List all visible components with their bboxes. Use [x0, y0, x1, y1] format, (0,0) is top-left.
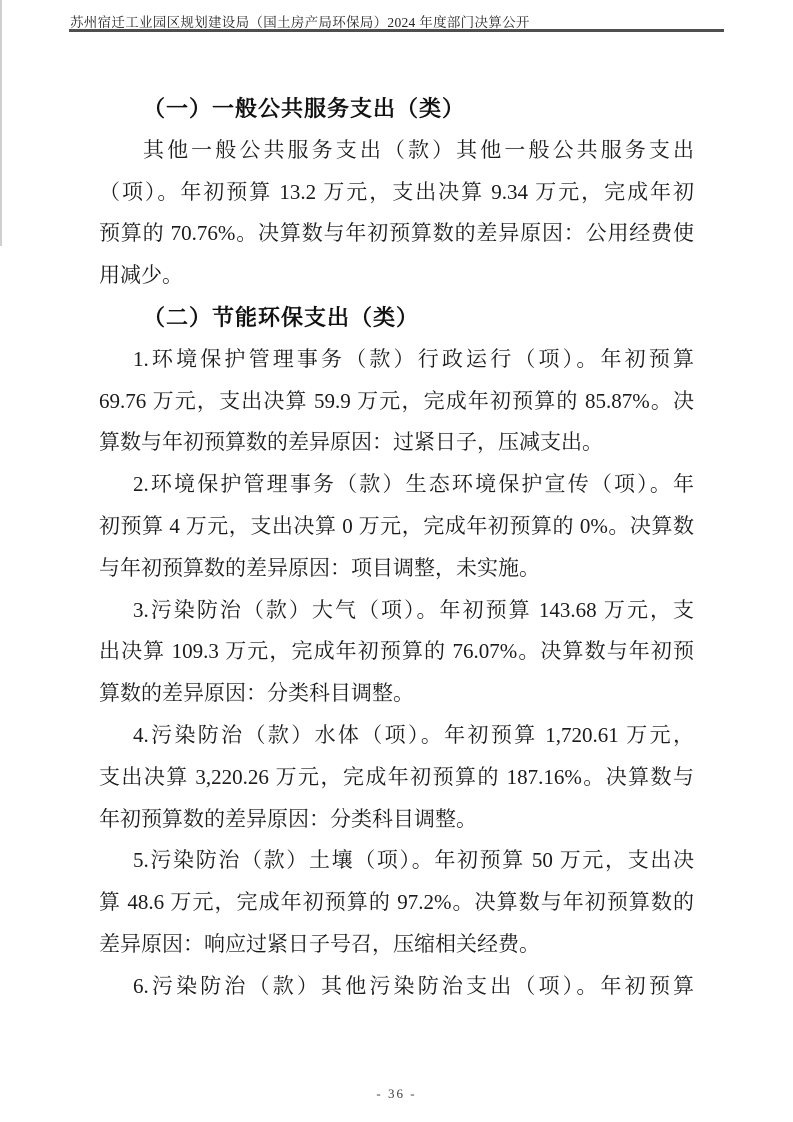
document-body: （一）一般公共服务支出（类） 其他一般公共服务支出（款）其他一般公共服务支出 （… — [99, 88, 694, 1008]
text-line: 69.76 万元，支出决算 59.9 万元，完成年初预算的 85.87%。决 — [99, 381, 694, 423]
text-line: 算数的差异原因：分类科目调整。 — [99, 673, 694, 715]
text-line: 支出决算 3,220.26 万元，完成年初预算的 187.16%。决算数与 — [99, 757, 694, 799]
text-line: 6.污染防治（款）其他污染防治支出（项）。年初预算 — [99, 966, 694, 1008]
text-line: 2.环境保护管理事务（款）生态环境保护宣传（项）。年 — [99, 464, 694, 506]
running-header-title: 苏州宿迁工业园区规划建设局（国土房产局环保局）2024 年度部门决算公开 — [70, 11, 725, 31]
page-number: - 36 - — [0, 1086, 793, 1102]
text-line: 用减少。 — [99, 255, 694, 297]
text-line: （项）。年初预算 13.2 万元，支出决算 9.34 万元，完成年初 — [99, 172, 694, 214]
text-line: 与年初预算数的差异原因：项目调整，未实施。 — [99, 548, 694, 590]
section-heading-2: （二）节能环保支出（类） — [99, 297, 694, 339]
text-line: 出决算 109.3 万元，完成年初预算的 76.07%。决算数与年初预 — [99, 631, 694, 673]
text-line: 1.环境保护管理事务（款）行政运行（项）。年初预算 — [99, 339, 694, 381]
text-line: 年初预算数的差异原因：分类科目调整。 — [99, 799, 694, 841]
text-line: 其他一般公共服务支出（款）其他一般公共服务支出 — [99, 130, 694, 172]
text-line: 4.污染防治（款）水体（项）。年初预算 1,720.61 万元， — [99, 715, 694, 757]
header-rule — [69, 29, 724, 32]
text-line: 差异原因：响应过紧日子号召，压缩相关经费。 — [99, 924, 694, 966]
scan-artifact-line — [0, 0, 2, 246]
document-page: 苏州宿迁工业园区规划建设局（国土房产局环保局）2024 年度部门决算公开 （一）… — [0, 0, 793, 1122]
text-line: 算数与年初预算数的差异原因：过紧日子，压减支出。 — [99, 422, 694, 464]
text-line: 初预算 4 万元，支出决算 0 万元，完成年初预算的 0%。决算数 — [99, 506, 694, 548]
text-line: 5.污染防治（款）土壤（项）。年初预算 50 万元，支出决 — [99, 840, 694, 882]
text-line: 预算的 70.76%。决算数与年初预算数的差异原因：公用经费使 — [99, 213, 694, 255]
text-line: 3.污染防治（款）大气（项）。年初预算 143.68 万元，支 — [99, 590, 694, 632]
section-heading-1: （一）一般公共服务支出（类） — [99, 88, 694, 130]
text-line: 算 48.6 万元，完成年初预算的 97.2%。决算数与年初预算数的 — [99, 882, 694, 924]
